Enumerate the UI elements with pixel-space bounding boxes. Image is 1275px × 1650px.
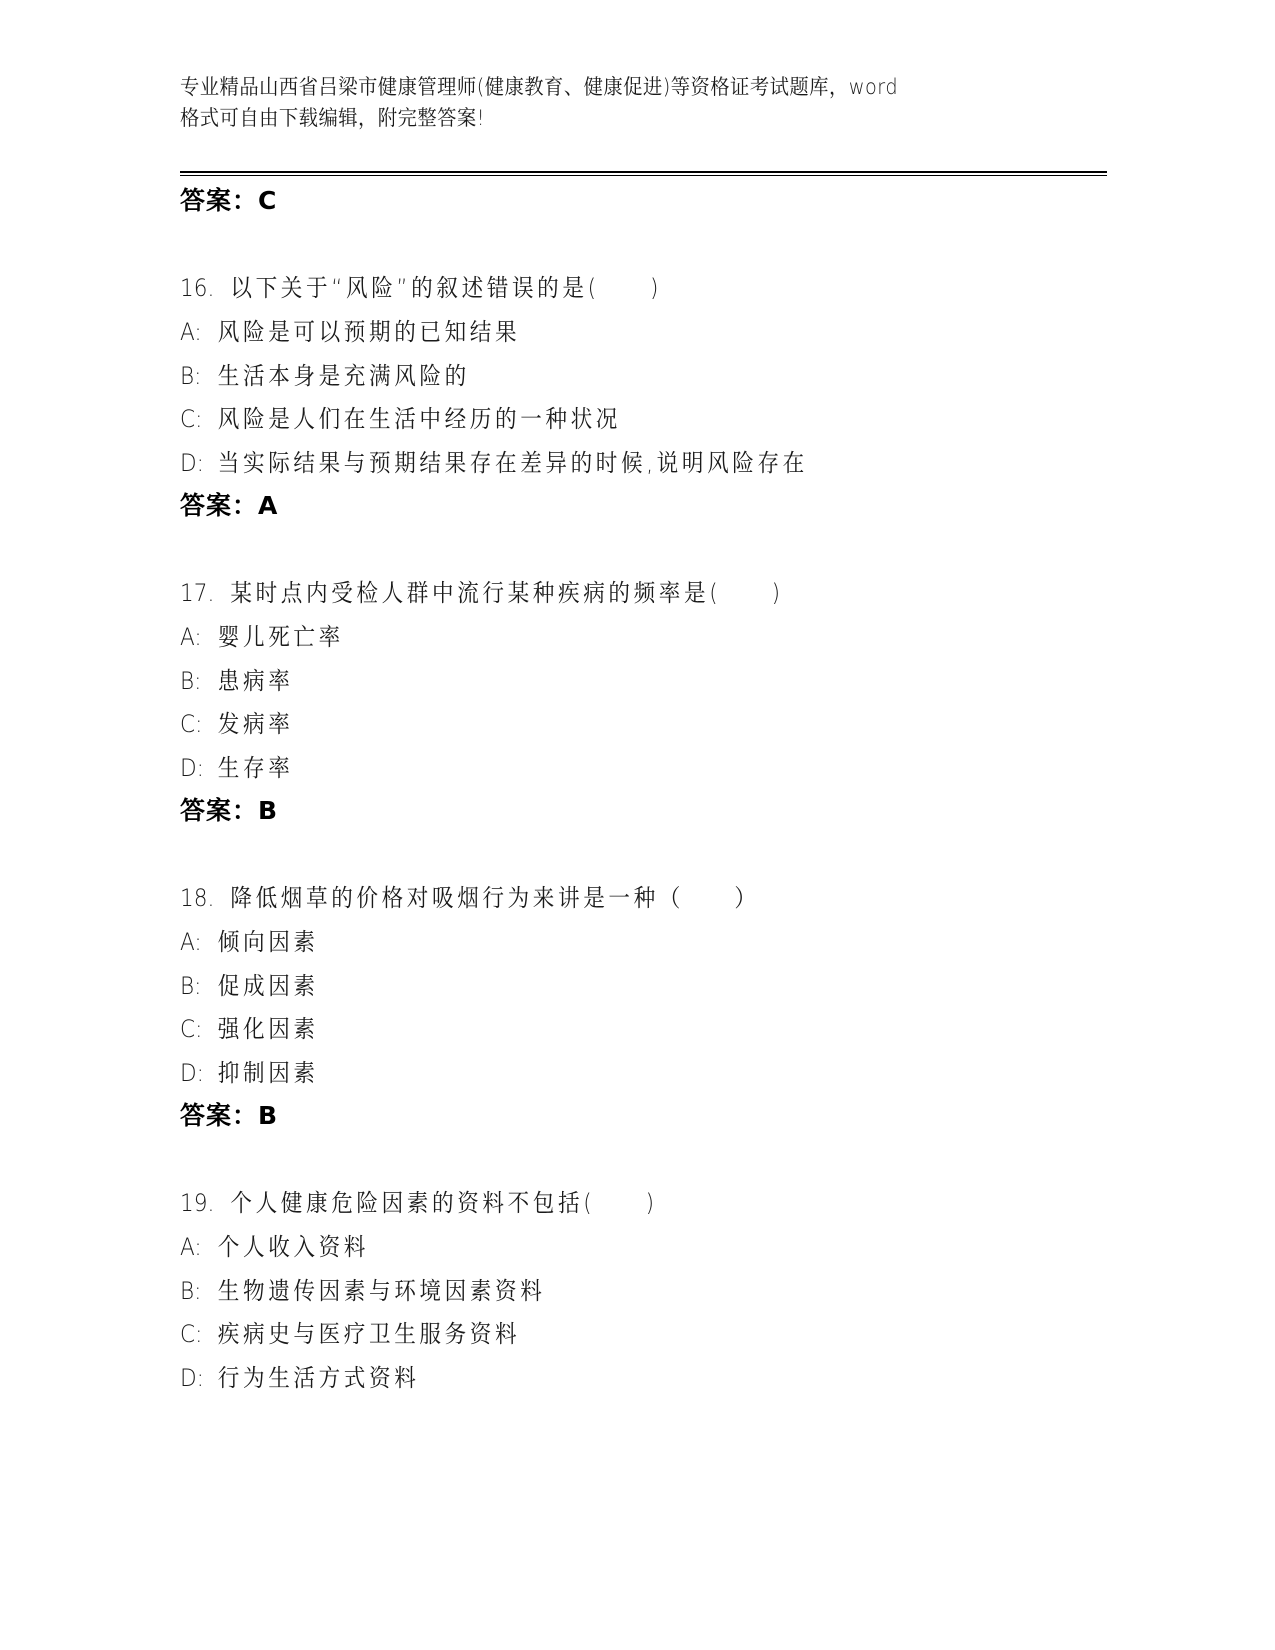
question-text: 以下关于“风险”的叙述错误的是( ): [230, 274, 662, 302]
option-c: C:强化因素: [180, 1014, 319, 1044]
option-text: 行为生活方式资料: [218, 1364, 420, 1392]
option-letter: C:: [180, 709, 218, 739]
option-letter: C:: [180, 1319, 218, 1349]
option-letter: B:: [180, 666, 218, 696]
option-text: 风险是人们在生活中经历的一种状况: [218, 405, 621, 433]
answer-line: 答案：A: [180, 491, 278, 521]
option-letter: A:: [180, 622, 218, 652]
option-text: 患病率: [218, 667, 294, 695]
header-line-1: 专业精品山西省吕梁市健康管理师(健康教育、健康促进)等资格证考试题库，word: [180, 72, 1008, 103]
option-d: D:生存率: [180, 753, 293, 783]
option-text: 促成因素: [218, 972, 319, 1000]
option-letter: D:: [180, 1363, 218, 1393]
document-header: 专业精品山西省吕梁市健康管理师(健康教育、健康促进)等资格证考试题库，word …: [180, 72, 1008, 134]
option-a: A:婴儿死亡率: [180, 622, 344, 652]
option-c: C:发病率: [180, 709, 293, 739]
option-c: C:疾病史与医疗卫生服务资料: [180, 1319, 520, 1349]
option-letter: D:: [180, 1058, 218, 1088]
answer-line: 答案：B: [180, 1101, 278, 1131]
question-text: 降低烟草的价格对吸烟行为来讲是一种（ ）: [230, 884, 759, 912]
option-letter: A:: [180, 927, 218, 957]
question-stem: 16.以下关于“风险”的叙述错误的是( ): [180, 273, 662, 303]
question-number: 16.: [180, 273, 230, 303]
option-text: 生活本身是充满风险的: [218, 362, 470, 390]
option-text: 发病率: [218, 710, 294, 738]
option-letter: B:: [180, 361, 218, 391]
question-number: 19.: [180, 1188, 230, 1218]
question-number: 18.: [180, 883, 230, 913]
option-text: 倾向因素: [218, 928, 319, 956]
question-number: 17.: [180, 578, 230, 608]
option-letter: A:: [180, 317, 218, 347]
question-text: 某时点内受检人群中流行某种疾病的频率是( ): [230, 579, 783, 607]
option-text: 强化因素: [218, 1015, 319, 1043]
option-text: 生物遗传因素与环境因素资料: [218, 1277, 546, 1305]
option-b: B:促成因素: [180, 971, 319, 1001]
option-text: 生存率: [218, 754, 294, 782]
option-d: D:抑制因素: [180, 1058, 319, 1088]
option-letter: D:: [180, 448, 218, 478]
question-stem: 18.降低烟草的价格对吸烟行为来讲是一种（ ）: [180, 883, 760, 913]
option-text: 疾病史与医疗卫生服务资料: [218, 1320, 520, 1348]
option-letter: C:: [180, 404, 218, 434]
option-b: B:患病率: [180, 666, 293, 696]
option-a: A:倾向因素: [180, 927, 319, 957]
option-letter: D:: [180, 753, 218, 783]
option-letter: A:: [180, 1232, 218, 1262]
option-text: 当实际结果与预期结果存在差异的时候,说明风险存在: [218, 449, 808, 477]
option-letter: B:: [180, 1276, 218, 1306]
question-stem: 17.某时点内受检人群中流行某种疾病的频率是( ): [180, 578, 784, 608]
option-d: D:当实际结果与预期结果存在差异的时候,说明风险存在: [180, 448, 808, 478]
option-letter: B:: [180, 971, 218, 1001]
answer-line: 答案：B: [180, 796, 278, 826]
option-b: B:生物遗传因素与环境因素资料: [180, 1276, 545, 1306]
option-d: D:行为生活方式资料: [180, 1363, 419, 1393]
option-a: A:风险是可以预期的已知结果: [180, 317, 520, 347]
option-text: 风险是可以预期的已知结果: [218, 318, 520, 346]
option-text: 婴儿死亡率: [218, 623, 344, 651]
header-line-2: 格式可自由下载编辑，附完整答案!: [180, 103, 1008, 134]
header-rule-thick: [180, 171, 1107, 173]
header-rule-thin: [180, 175, 1107, 176]
option-c: C:风险是人们在生活中经历的一种状况: [180, 404, 621, 434]
option-a: A:个人收入资料: [180, 1232, 369, 1262]
option-text: 抑制因素: [218, 1059, 319, 1087]
option-b: B:生活本身是充满风险的: [180, 361, 470, 391]
option-letter: C:: [180, 1014, 218, 1044]
document-page: 专业精品山西省吕梁市健康管理师(健康教育、健康促进)等资格证考试题库，word …: [0, 0, 1275, 1650]
question-text: 个人健康危险因素的资料不包括( ): [230, 1189, 657, 1217]
answer-line: 答案：C: [180, 186, 277, 216]
question-stem: 19.个人健康危险因素的资料不包括( ): [180, 1188, 658, 1218]
option-text: 个人收入资料: [218, 1233, 369, 1261]
